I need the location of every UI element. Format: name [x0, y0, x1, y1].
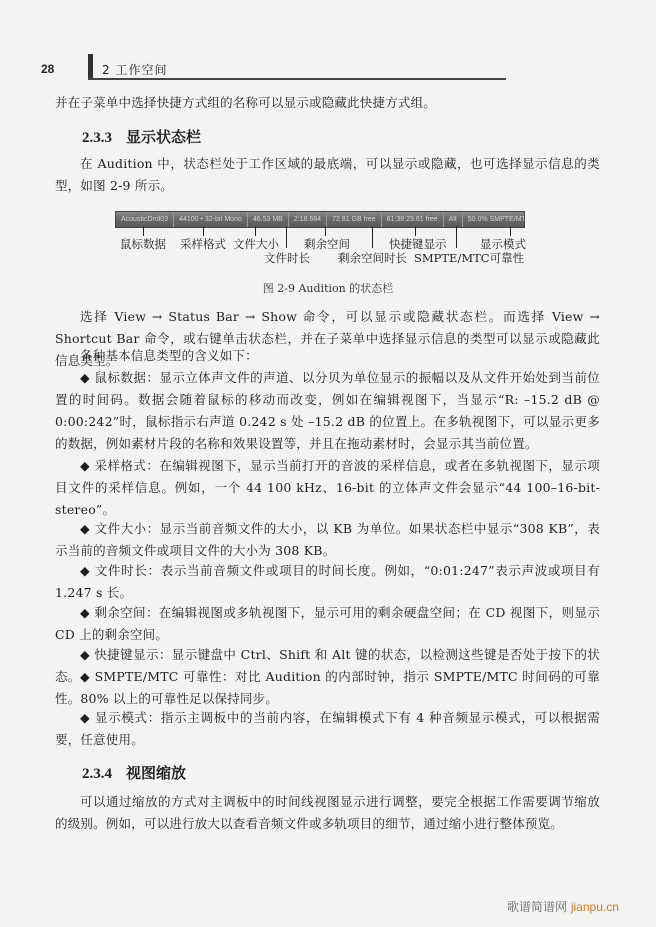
callout-line	[203, 226, 204, 236]
watermark-url: jianpu.cn	[571, 900, 619, 914]
callout-line	[510, 226, 511, 236]
bullet-free-space: ◆ 剩余空间：在编辑视图或多轨视图下，显示可用的剩余硬盘空间；在 CD 视图下，…	[55, 602, 600, 646]
page-number: 28	[41, 62, 54, 76]
statusbar-cell-smpte: 50.0% SMPTE/MTC	[463, 212, 525, 227]
watermark-text: 歌谱简谱网	[507, 900, 567, 914]
section-body-paragraph: 在 Audition 中，状态栏处于工作区域的最底端，可以显示或隐藏，也可选择显…	[55, 153, 600, 197]
figure-caption: 图 2-9 Audition 的状态栏	[0, 280, 656, 296]
callout-line	[286, 226, 287, 248]
running-header: 28 2 工作空间	[30, 50, 480, 80]
section-number: 2.3.4	[82, 766, 112, 782]
callout-duration: 文件时长	[264, 250, 310, 266]
section-title: 显示状态栏	[126, 128, 201, 146]
bullet-file-size: ◆ 文件大小：显示当前音频文件的大小，以 KB 为单位。如果状态栏中显示“308…	[55, 518, 600, 562]
statusbar-cell-sample-format: 44100 • 32-bit Mono	[174, 212, 248, 227]
callout-line	[143, 226, 144, 236]
statusbar-cell-keys: Alt	[444, 212, 463, 227]
bullet-display-mode: ◆ 显示模式：指示主调板中的当前内容，在编辑模式下有 4 种音频显示模式，可以根…	[55, 707, 600, 751]
book-page: 28 2 工作空间 并在子菜单中选择快捷方式组的名称可以显示或隐藏此快捷方式组。…	[0, 0, 656, 927]
types-intro-paragraph: 各种基本信息类型的含义如下：	[55, 345, 600, 367]
zoom-section-paragraph: 可以通过缩放的方式对主调板中的时间线视图显示进行调整，要完全根据工作需要调节缩放…	[55, 791, 600, 835]
header-bar-decoration	[88, 54, 93, 80]
callout-line	[255, 226, 256, 236]
callout-mouse-data: 鼠标数据	[120, 236, 166, 252]
section-number: 2.3.3	[82, 130, 112, 146]
statusbar-cell-free-time: 61:38:29.61 free	[382, 212, 444, 227]
statusbar-cell-file-size: 46.53 MB	[248, 212, 289, 227]
statusbar-cell-duration: 2:18.684	[289, 212, 327, 227]
section-title: 视图缩放	[126, 764, 186, 782]
callout-smpte: SMPTE/MTC可靠性	[414, 250, 524, 266]
statusbar-cell-mouse-data: AcousticDrol03	[116, 212, 174, 227]
callout-line	[456, 226, 457, 248]
section-heading-2-3-4: 2.3.4视图缩放	[82, 762, 186, 783]
bullet-smpte: ◆ SMPTE/MTC 可靠性：对比 Audition 的内部时钟，指示 SMP…	[55, 666, 600, 710]
chapter-title: 2 工作空间	[102, 61, 167, 78]
callout-line	[415, 226, 416, 236]
bullet-sample-format: ◆ 采样格式：在编辑视图下，显示当前打开的音波的采样信息，或者在多轨视图下，显示…	[55, 455, 600, 521]
callout-line	[325, 226, 326, 236]
status-bar-figure: AcousticDrol03 44100 • 32-bit Mono 46.53…	[115, 211, 525, 228]
callout-line	[372, 226, 373, 248]
section-heading-2-3-3: 2.3.3显示状态栏	[82, 126, 201, 147]
bullet-mouse-data: ◆ 鼠标数据：显示立体声文件的声道、以分贝为单位显示的振幅以及从文件开始处到当前…	[55, 367, 600, 455]
callout-free-time: 剩余空间时长	[338, 250, 407, 266]
bullet-duration: ◆ 文件时长：表示当前音频文件或项目的时间长度。例如，“0:01:247”表示声…	[55, 560, 600, 604]
header-rule	[88, 78, 506, 80]
intro-paragraph: 并在子菜单中选择快捷方式组的名称可以显示或隐藏此快捷方式组。	[55, 92, 600, 114]
statusbar-cell-free-space: 72.81 GB free	[327, 212, 382, 227]
callout-sample-format: 采样格式	[180, 236, 226, 252]
callout-display-mode: 显示模式	[480, 236, 526, 252]
watermark: 歌谱简谱网 jianpu.cn	[507, 898, 619, 915]
